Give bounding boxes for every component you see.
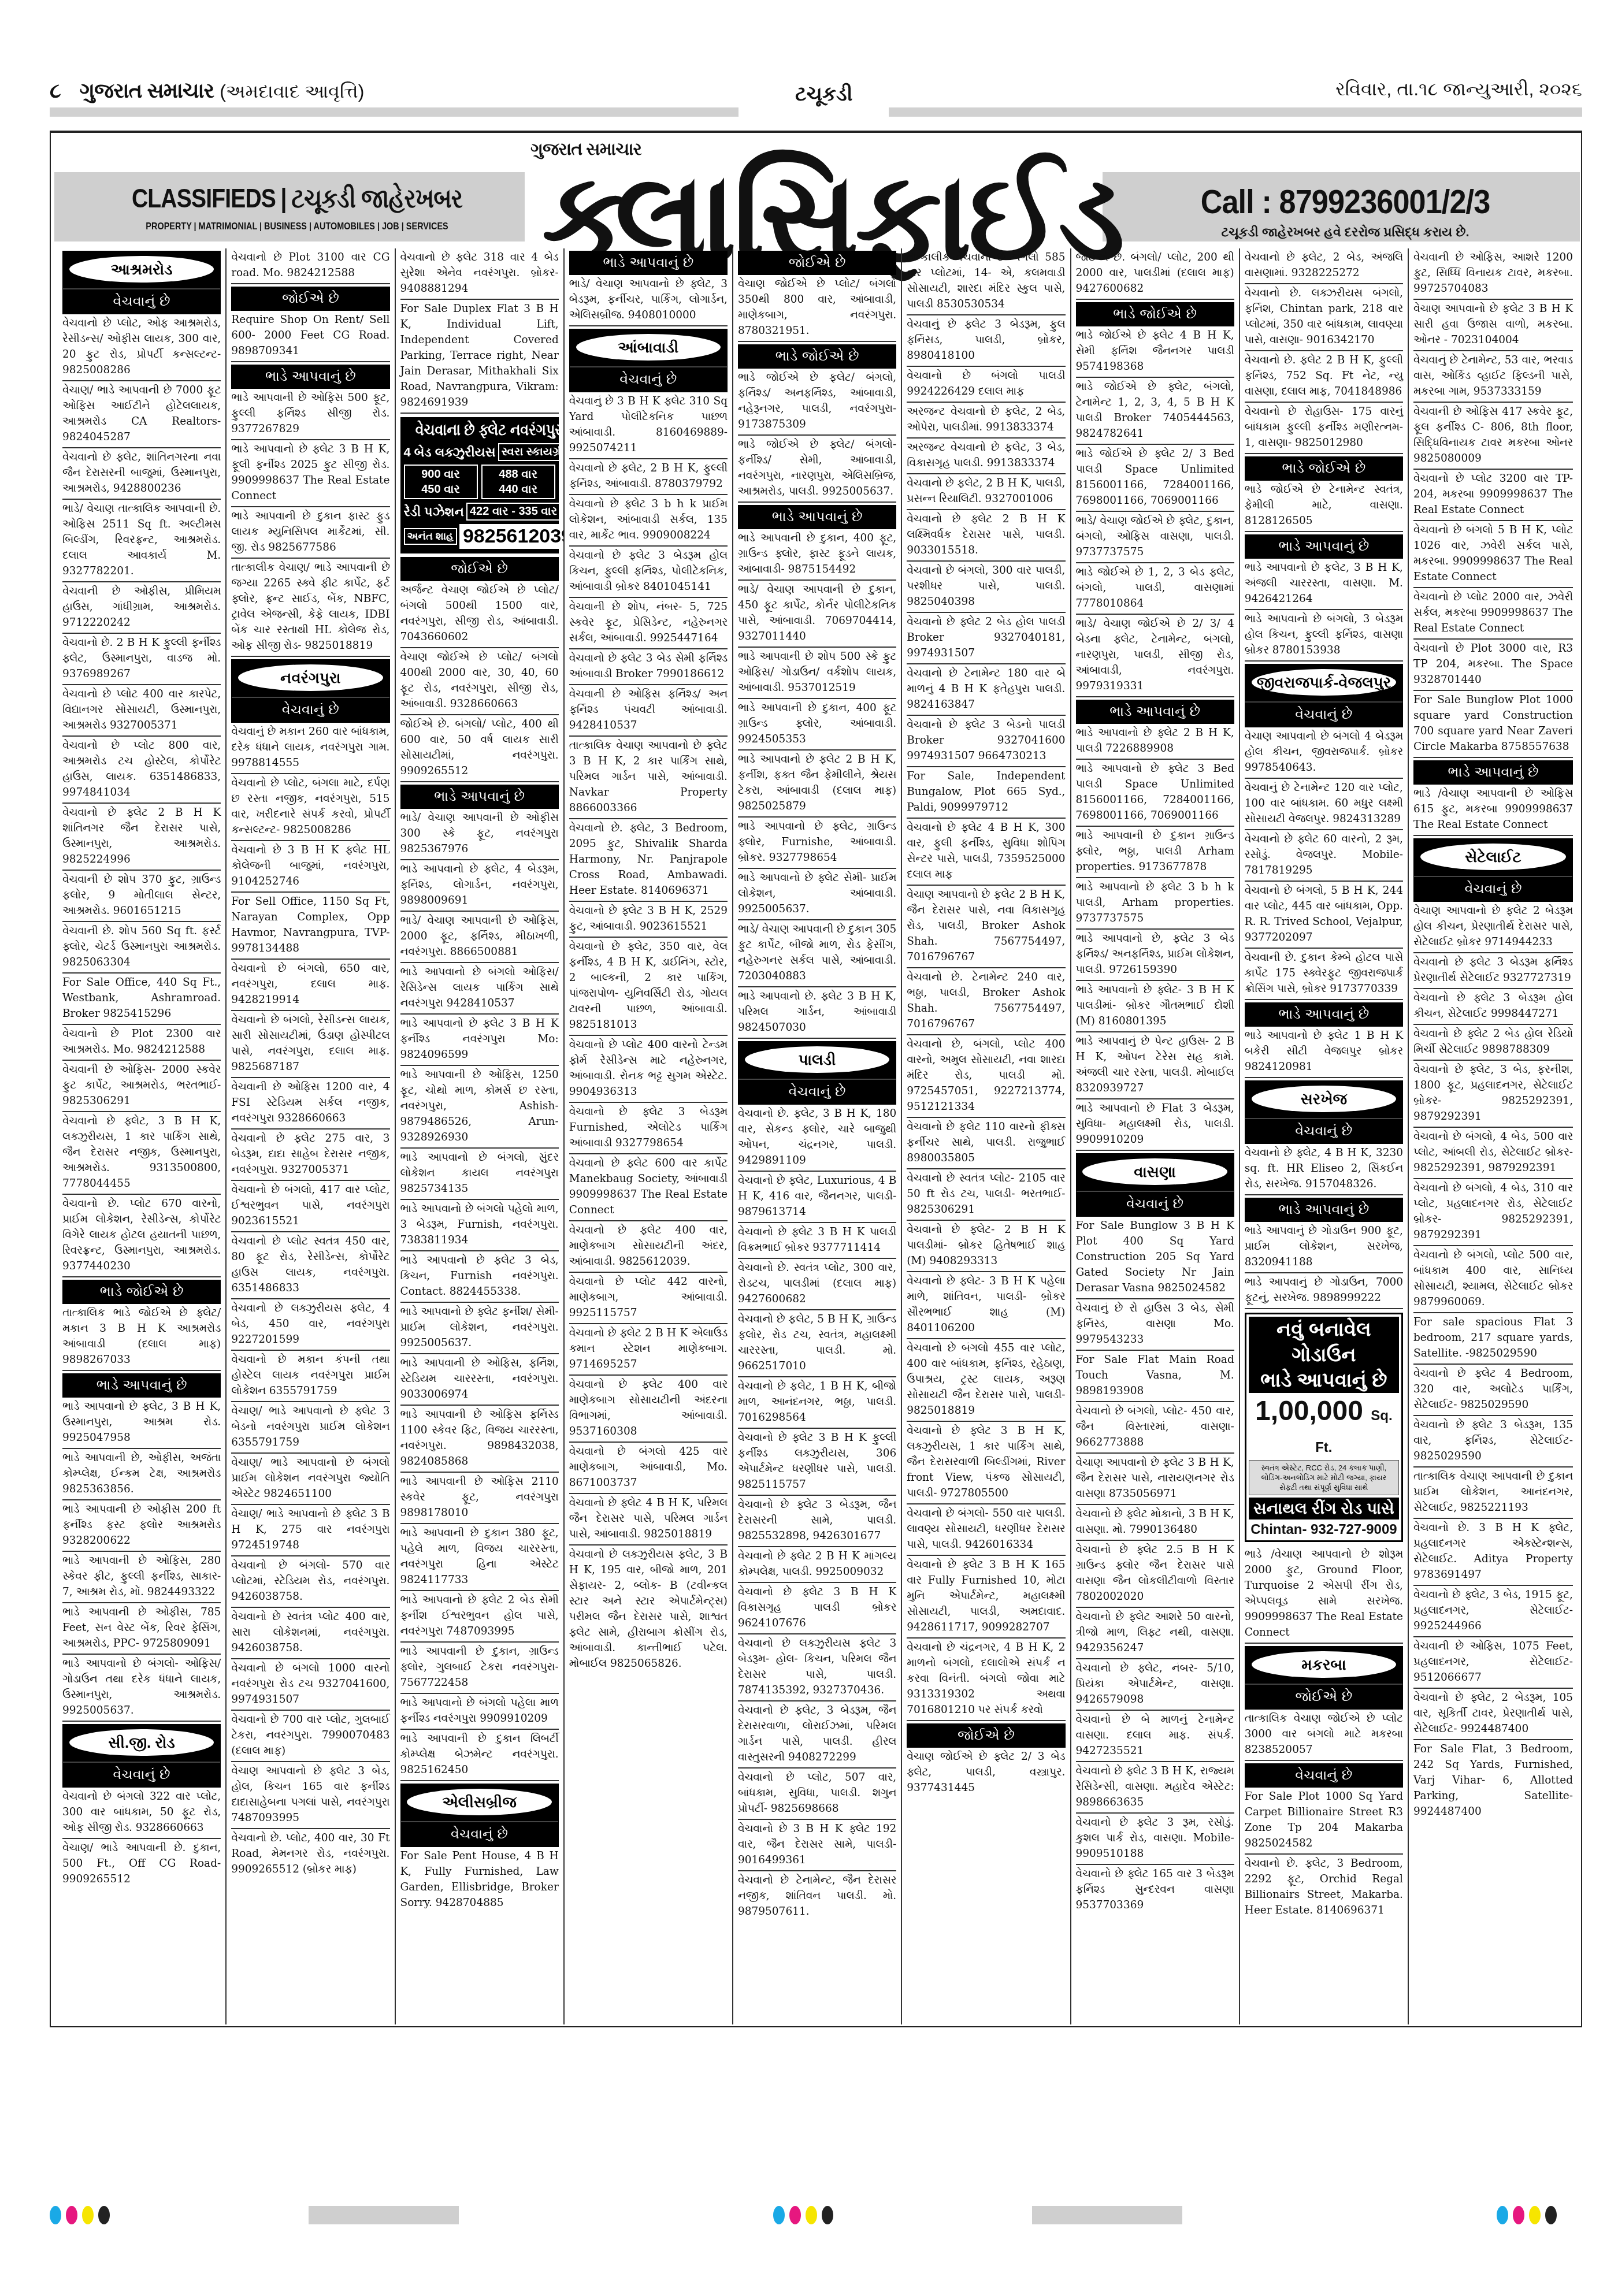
classified-ad: વેચવાનો છે ફ્લેટ 3 બેડરૂમ, 135 વાર, ફર્ન…	[1413, 1416, 1573, 1467]
classified-ad: વેચવાનો છે બંગલો 455 વાર પ્લોટ, 400 વાર …	[907, 1339, 1065, 1422]
section-heading: ભાડે આપવાનું છે	[569, 251, 728, 275]
classified-ad: વેચાણ/ ભાડે આપવાનો છે ફ્લેટ 3 બેડનો નવરં…	[231, 1402, 389, 1454]
display-ad-location: સનાથલ રીંગ રોડ પાસે	[1249, 1498, 1399, 1519]
classified-ad: વેચવાનો છે ટેનામેન્ટ 180 વાર બે માળનું 4…	[907, 664, 1065, 716]
classified-ad: વેચવાનો છે પ્લોટ 800 વાર, આશ્રમરોડ ટચ હો…	[62, 737, 221, 804]
classified-ad: ભાડે આપવાની છે દુકાન 380 ફૂટ, પહેલે માળ,…	[400, 1524, 559, 1591]
classified-ad: વેચાણ આપવાનો છે બંગલો 4 બેડરૂમ હોલ કીચન,…	[1245, 727, 1403, 779]
classified-ad: વેચવાનો છે પ્લોટ 2000 વાર, ઝવેરી સર્કલ, …	[1413, 588, 1573, 640]
classified-ad: વેચવાની છે. દુકાન કેમ્બે હોટલ પાસે કાર્પ…	[1245, 949, 1403, 1000]
classified-ad: વેચવાનો છે પ્લોટ 400 વાર કારપેટ, વિદ્યાન…	[62, 685, 221, 737]
ready-possession-label: રેડી પઝેશન	[404, 504, 464, 519]
classified-ad: ભાડે આપવાનો છે ફ્લેટ, 4 બેડરૂમ, ફર્નિશ્ડ…	[400, 860, 559, 912]
section-heading: જોઈએ છે	[738, 251, 896, 275]
classified-ad: વેચવાનો છે ફ્લેટ 2.5 B H K ગ્રાઉન્ડ ફ્લો…	[1076, 1541, 1234, 1608]
classified-ad: ભાડે આપવાનું છે ગોડાઉન, 7000 ફૂટનું, સરખ…	[1245, 1273, 1403, 1309]
classified-ad: ભાડે જોઈએ છે ફ્લેટ 4 B H K, સેમી ફર્નિશ …	[1076, 326, 1234, 378]
section-heading: ભાડે આપવાનું છે	[1413, 760, 1573, 785]
classified-ad: વેચવાનો છે 3 B H K ફ્લેટ 192 વાર, જૈન દે…	[738, 1820, 896, 1871]
classified-ad: વેચવાનો છે બે માળનું ટેનામેન્ટ વાસણા. દલ…	[1076, 1711, 1234, 1762]
classified-ad: વેચવાની છે ઓફિસ 417 સ્કવેર ફૂટ, ફૂલ ફર્ન…	[1413, 403, 1573, 470]
classified-ad: વેચવાનો છે ફ્લેટ 3 B H K પાલડી વિક્રમભાઈ…	[738, 1223, 896, 1259]
area-name: આંબાવાડી	[576, 334, 721, 361]
classified-ad: ભાડે આપવાનો છે ફ્લેટ 2 B H K, પાલડી 7226…	[1076, 724, 1234, 760]
classified-ad: ભાડે આપવાનો છે ફ્લેટ 3 Bed પાલડી Space U…	[1076, 760, 1234, 827]
classified-ad: વેચવાનો છે ફ્લેટ 3 બેડનો પાલડી Broker 93…	[907, 716, 1065, 767]
classified-ad: ભાડે/ વેચાણ જોઈએ છે ફ્લેટ, દુકાન, બંગલો,…	[1076, 512, 1234, 563]
classified-ad: ભાડે આપવાની છે દુકાન ગ્રાઉન્ડ ફ્લોર, ભઠ્…	[1076, 827, 1234, 878]
display-ad-title: ભાડે આપવાનું છે	[1249, 1368, 1399, 1393]
classified-ad: વેચવાનો છે ફ્લેટ 400 વાર માણેકબાગ સોસાયટ…	[569, 1376, 728, 1443]
classified-ad: ભાડે જોઈએ છે 1, 2, 3 બેડ ફ્લેટ, બંગલો, પ…	[1076, 563, 1234, 615]
classified-ad: વેચવાનો છે ફ્લેટ 2 B H K એલાઉડ કમાન સ્ટે…	[569, 1324, 728, 1376]
classified-ad: વેચવાનો છે ફ્લેટ આશરે 50 વારનો, ત્રીજો મ…	[1076, 1608, 1234, 1659]
classified-ad: વેચાણ આપવાનો છે ફલેટ 2 બેડરૂમ હોલ કીચન, …	[1413, 902, 1573, 953]
area-heading: મકરબાજોઈએ છે	[1245, 1646, 1403, 1710]
classified-ad: વેચવાનો છે ફ્લેટ 60 વારનો, 2 રૂમ, રસોડું…	[1245, 830, 1403, 882]
area-value: 1,00,000	[1255, 1396, 1363, 1426]
classified-ad: વેચવાનો છે. 3 B H K ફ્લેટ, પ્રહલાદનગર એક…	[1413, 1519, 1573, 1586]
area-heading: આંબાવાડીવેચવાનું છે	[569, 329, 728, 392]
classified-ad: For Sale Flat Main Road Touch Vasna, M. …	[1076, 1351, 1234, 1402]
section-heading: જોઈએ છે	[231, 287, 389, 311]
classified-ad: વેચવાનો છે, બંગલો, પ્લોટ 400 વારનો, અમુલ…	[907, 1035, 1065, 1118]
classified-ad: વેચવાનો છે બંગલો, રેસીડન્સ લાયક, સારી સો…	[231, 1011, 389, 1078]
section-heading: વેચવાનું છે	[1245, 703, 1402, 727]
category-list: PROPERTY | MATRIMONIAL | BUSINESS | AUTO…	[116, 221, 479, 232]
call-box: Call : 8799236001/2/3 ટચૂકડી જાહેરખબર હવ…	[1137, 183, 1553, 240]
classified-ad: વેચવાનો છે લક્ઝુરીયસ ફ્લેટ 3 બેડરૂમ- હોલ…	[738, 1634, 896, 1701]
classified-ad: વેચવાની છે ઓફિસ, 1075 Feet, પ્રહલાદનગર, …	[1413, 1637, 1573, 1689]
classified-ad: ભાડે જોઈએ છે ફ્લેટ/ બંગલો- ફર્નીશ્ડ/ સેમ…	[738, 436, 896, 503]
classified-ad: વેચવાનો છે લક્ઝુરીયસ ફ્લેટ, 4 બેડ, 450 વ…	[231, 1299, 389, 1351]
classified-ad: વેચવાનો છે ફ્લેટ 2 B H K માંગલ્ય કોમ્પલે…	[738, 1547, 896, 1583]
classified-ad: વેચવાની છે. શોપ 560 Sq ft. ફર્સ્ટ ફ્લોર,…	[62, 922, 221, 974]
classified-ad: વેચવાનો છે ફ્લેટ 3 B H K, રાજ્યમ રેસિડેન…	[1076, 1762, 1234, 1814]
ad-column: વેચવાની છે ઓફિસ, આશરે 1200 ફુટ, સિધ્ધિ વ…	[1409, 248, 1578, 2024]
classified-ad: વેચવાની છે શોપ 370 ફુટ, ગ્રાઉન્ડ ફલોર, 9…	[62, 871, 221, 922]
classified-ad: વેચવાનો છે ફ્લેટ 2 બેડ હોલ પાલડી Broker …	[907, 613, 1065, 664]
classified-ad: વેચવાનું છે રો હાઉસ 3 બેડ, સેમી ફર્નિસ્ડ…	[1076, 1299, 1234, 1351]
display-ad-area: 1,00,000 Sq. Ft.	[1249, 1395, 1399, 1459]
classified-ad: વેચવાનો છે ફ્લેટ 318 વાર 4 બેડ સુરેશા એન…	[400, 248, 559, 300]
classifieds-title: CLASSIFIEDS	[132, 183, 276, 213]
classified-ad: જોઈએ છે. બંગલો/ પ્લોટ, 400 થી 600 વાર, 5…	[400, 715, 559, 782]
classified-ad: વેચાણ/ ભાડે આપવાની છે. દુકાન, 500 Ft., O…	[62, 1839, 221, 1889]
contact-name: અનંત શાહ	[404, 528, 457, 545]
classified-ad: વેચવાનો છે સ્વતંત્ર પ્લોટ- 2105 વાર 50 f…	[907, 1169, 1065, 1221]
classified-ad: વેચવાનો છે બંગલો, પ્લોટ- 450 વાર, જૈન વિ…	[1076, 1402, 1234, 1454]
classified-ad: ભાડે આપવાનો છે. ફ્લેટ 3 B H K, પરિમલ ગાર…	[738, 987, 896, 1039]
area-name: વાસણા	[1082, 1158, 1227, 1185]
classified-ad: ભાડે આપવાની છે ઓફિસ, ફર્નિશ, સ્ટેડિયમ ચા…	[400, 1354, 559, 1406]
section-heading: વેચવાનું છે	[401, 1822, 558, 1847]
classified-ad: વેચવાનું છે મકાન 260 વાર બાંધકામ, દરેક ધ…	[231, 723, 389, 774]
grey-registration-bar	[1032, 2206, 1182, 2224]
classified-ad: વેચવાનો છે ફ્લેટ 3 બેડરૂમ હોલ કિચન, ફુલ્…	[569, 547, 728, 598]
area-heading: વાસણાવેચવાનું છે	[1076, 1153, 1234, 1217]
classified-ad: વેચાણ આપવાનો છે ફલેટ 3 B H K સારી હવા ઉજ…	[1413, 300, 1573, 351]
color-dot	[1513, 2206, 1524, 2224]
page-number: ૮	[50, 79, 61, 102]
classified-ad: વેચવાનો છે બંગલો, 5 B H K, 244 વાર પ્લોટ…	[1245, 882, 1403, 949]
classified-ad: વેચવાનો છે ફ્લેટ 3 બેડરૂમ, જૈન દેરાસરની …	[738, 1496, 896, 1547]
classified-ad: વેચવાનો છે ફ્લેટ 3 b h k પ્રાઈમ લોકેશન, …	[569, 495, 728, 547]
size-value: 440 વાર	[484, 482, 553, 497]
classifieds-title-gu: ટચૂકડી જાહેરખબર	[291, 183, 462, 213]
ad-column: જોઈએ છેવેચાણ જોઈએ છે પ્લોટ/ બંગલો 350થી …	[733, 248, 902, 2024]
classified-ad: વેચવાનો છે ફ્લેટ 165 વાર 3 બેડરૂમ ફર્નિશ…	[1076, 1865, 1234, 1915]
size-box: 900 વાર450 વાર	[404, 465, 478, 499]
classified-ad: ભાડે આપવાનો છે ફ્લેટ 2 બેડ સેમી ફર્નીશ ઈ…	[400, 1591, 559, 1643]
classified-ad: વેચવાનો છે. સ્વતંત્ર પ્લોટ, 300 વાર, રોડ…	[738, 1259, 896, 1310]
color-dot	[66, 2206, 77, 2224]
display-ad-contact: Chintan- 932-727-9009	[1249, 1522, 1399, 1538]
classified-ad: વેચવાનો છે પ્લોટ 400 વારનો ટેન્ડમ ફોર્મ …	[569, 1036, 728, 1103]
classified-ad: ભાડે/ વેચાણ આપવાની છે ઓફીસ 300 સ્કે ફૂટ,…	[400, 809, 559, 860]
classified-ad: વેચવાનો છે બંગલો 425 વાર માણેકબાગ, આંબાવ…	[569, 1443, 728, 1494]
classified-ad: ભાડે/ વેચાણ આપવાની છે ઓફિસ, 2000 ફૂટ, ફર…	[400, 912, 559, 963]
classified-ad: ભાડે આપવાનો છે ફ્લેટ 3 બેડ, કિચન, Furnis…	[400, 1251, 559, 1303]
classified-ad: વેચવાનો છે ફ્લેટ- 2 B H K પાલડીમાં- બ્રો…	[907, 1221, 1065, 1272]
classified-ad: વેચવાનું છે 3 B H K ફ્લેટ 310 Sq Yard પો…	[569, 392, 728, 459]
section-label: ટચૂકડી	[795, 83, 852, 106]
classified-ad: તાત્કાલિક ભાડે જોઈએ છે ફ્લેટ/ મકાન 3 B H…	[62, 1304, 221, 1371]
classified-ad: વેચવાનો છે Plot 3100 વાર CG road. Mo. 98…	[231, 248, 389, 284]
classified-ad: વેચવાનો છે ફ્લેટ 2 બેડ હોલ રેડિયો મિર્ચી…	[1413, 1025, 1573, 1061]
classified-ad: તાત્કાલીક વેચવાનો છે બંગલો 585 વાર પ્લોટ…	[907, 248, 1065, 315]
section-heading: ભાડે જોઈએ છે	[1076, 302, 1234, 326]
classified-ad: વેચાણ જોઈએ છે ફ્લેટ 2/ 3 બેડ ફ્લેટ, પાલડ…	[907, 1748, 1065, 1798]
area-heading: પાલડીવેચવાનું છે	[738, 1041, 896, 1105]
call-note: ટચૂકડી જાહેરખબર હવે દરરોજ પ્રસિદ્ધ કરાય …	[1137, 225, 1553, 240]
display-ad-row: 4 બેડ લક્ઝુરીયસસ્વરા સ્કાયગ્રીન	[404, 443, 555, 461]
section-heading: ભાડે જોઈએ છે	[1245, 456, 1403, 481]
classified-ad: વેચવાનો છે ફ્લેટ 3 બેડરૂમ Furnished, એલો…	[569, 1103, 728, 1154]
classified-ad: ભાડે આપવાનો છે ફલેટ, 3 B H K, અંજલી ચારર…	[1245, 559, 1403, 610]
classified-ad: વેચવાનો છે ફ્લેટ, 2 B H K, ફુલ્લી ફર્નિશ…	[569, 459, 728, 495]
classified-ad: ભાડે જોઈએ છે ફ્લેટ 2/ 3 Bed પાલડી Space …	[1076, 445, 1234, 512]
color-dot	[50, 2206, 61, 2224]
color-dot	[806, 2206, 817, 2224]
classified-ad: વેચવાનો છે ટેનામેન્ટ, જૈન દેરાસર નજીક, શ…	[738, 1871, 896, 1922]
header-rule-left	[50, 107, 739, 117]
classified-ad: ભાડે આપવાનો છે ફ્લેટ ફર્નીશ/ સેમી- પ્રાઈ…	[400, 1303, 559, 1354]
classified-ad: વેચવાનો છે. 2 B H K ફુલ્લી ફર્નીશ્ડ ફ્લે…	[62, 634, 221, 685]
classified-ad: વેચવાનો છે બંગલો, 300 વાર પાલડી, પરશીધર …	[907, 562, 1065, 613]
running-header: ૮ ગુજરાત સમાચાર (અમદાવાદ આવૃત્તિ) ટચૂકડી…	[50, 74, 1582, 116]
size-value: 900 વાર	[406, 467, 476, 482]
section-heading: વેચવાનું છે	[1245, 1763, 1403, 1788]
classified-ad: વેચવાનો છે. ફ્લેટ, 3 Bedroom, 2095 ફુટ, …	[569, 819, 728, 902]
classified-ad: વેચવાનો છે 700 વાર પ્લોટ, ગુલબાઈ ટેકરા, …	[231, 1711, 389, 1762]
classified-ad: વેચવાનો છે ફ્લેટ 4 B H K, પરિમલ જૈન દેરા…	[569, 1494, 728, 1545]
area-name: સરખેજ	[1252, 1086, 1396, 1112]
display-ad-features: સ્વતંત્ર એસ્ટેટ, RCC રોડ, 24 કલાક પાણી, …	[1249, 1460, 1399, 1495]
size-box: 488 વાર440 વાર	[481, 465, 555, 499]
classified-ad: વેચાણ જોઈએ છે પ્લોટ/ બંગલો 400થી 2000 વા…	[400, 648, 559, 715]
display-ad-row: રેડી પઝેશન422 વાર - 335 વાર	[404, 503, 555, 521]
issue-date: રવિવાર, તા.૧૮ જાન્યુઆરી, ૨૦૨૬	[1335, 79, 1582, 101]
section-heading: ભાડે આપવાનું છે	[1245, 1002, 1403, 1027]
classified-ad: વેચવાનો છે ફ્લેટ 3 B H K ફુલ્લી ફર્નીશ્ડ…	[738, 1429, 896, 1496]
grey-registration-bar	[309, 2206, 459, 2224]
section-heading: જોઈએ છે	[1245, 1685, 1402, 1709]
classified-ad: વેચવાનો છે મકાન કંપની તથા હોસ્ટેલ લાયક ન…	[231, 1351, 389, 1402]
classified-ad: ભાડે આપવાનો છે ફ્લેટ 1 B H K બકેરી સીટી …	[1245, 1027, 1403, 1078]
classified-ad: ભાડે આપવાનો છે Flat 3 બેડરૂમ, સુવિધા- મહ…	[1076, 1099, 1234, 1151]
color-dot	[1497, 2206, 1508, 2224]
area-name: આશ્રમરોડ	[69, 256, 214, 283]
classified-ad: તાત્કાલીક વેચાણ/ ભાડે આપવાની છે જગ્યા 22…	[231, 559, 389, 657]
classified-ad: વેચવાનો છે ફ્લેટ- 3 B H K પહેલા માળે, શા…	[907, 1272, 1065, 1339]
classified-ad: વેચવાનો છે સ્વતંત્ર પ્લોટ 400 વાર, સારા …	[231, 1608, 389, 1659]
section-heading: જોઈએ છે	[907, 1723, 1065, 1748]
classified-ad: વેચવાનો છે બંગલો, પ્લોટ 500 વાર, બાંધકામ…	[1413, 1246, 1573, 1313]
classified-ad: વેચવાનો છે ફ્લેટ, 2 બેડ, અંજલિ વાસણામાં.…	[1245, 248, 1403, 284]
classified-ad: વેચવાનો છે ફ્લેટ, 3 બેડ, 1915 ફૂટ, પ્રહલ…	[1413, 1586, 1573, 1637]
classified-ad: વેચવાનો છે બંગલો- 550 વાર પાલડી. લાવણ્ય …	[907, 1504, 1065, 1556]
classified-ad: ભાડે આપવાનો છે બંગલો- ઓફિસ/ ગોડાઉન તથા દ…	[62, 1655, 221, 1722]
area-name: એલીસબ્રીજ	[407, 1789, 551, 1815]
ready-sizes: 422 વાર - 335 વાર	[466, 503, 561, 521]
classified-ad: વેચવાનો છે ફ્લેટ 3 બેડરૂમ ફર્નિશ્ડ પ્રેર…	[1413, 953, 1573, 989]
masthead: CLASSIFIEDS|ટચૂકડી જાહેરખબર PROPERTY | M…	[51, 133, 1581, 246]
classified-ad: વેચવાનો છે. ફ્લેટ, 3 Bedroom, 2292 ફૂટ, …	[1245, 1855, 1403, 1920]
classified-ad: વેચવાનો છે બંગલો 1000 વારનો નવરંગપુરા રો…	[231, 1659, 389, 1711]
classified-ad: વેચવાનો છે પ્લોટ, બંગલા માટે, દર્પણ છ રસ…	[231, 774, 389, 841]
classified-ad: વેચવાનો છે ફલેટ, 2 B H K, પાલડી, પ્રસન્ન…	[907, 474, 1065, 510]
classified-ad: ભાડે આપવાનો છે ફ્લેટ, ગ્રાઉન્ડ ફ્લોર, Fu…	[738, 818, 896, 869]
classified-ad: વેચવાનો છે ફલેટ, 5 B H K, ગ્રાઉન્ડ ફલોર,…	[738, 1310, 896, 1377]
classified-ad: વેચવાનો છે ફ્લેટ 400 વાર, માણેકબાગ સોસાય…	[569, 1221, 728, 1273]
color-dot	[98, 2206, 110, 2224]
classified-ad: ભાડે આપવાની છે ઓફિસ 500 ફૂટ, ફુલ્લી ફર્ન…	[231, 389, 389, 440]
section-heading: ભાડે જોઈએ છે	[738, 344, 896, 369]
display-ad-row: અનંત શાહ9825612039	[404, 524, 555, 549]
classified-ad: વેચવાનો છે બંગલો, 4 બેડ, 310 વાર પ્લોટ, …	[1413, 1179, 1573, 1246]
classified-ad: વેચવાનો છે પ્લોટ 442 વારનો, માણેકબાગ, આં…	[569, 1273, 728, 1324]
classified-ad: For Sale Plot 1000 Sq Yard Carpet Billio…	[1245, 1788, 1403, 1855]
classified-ad: ભાડે આપવાની છે દુકાન, 400 ફૂટ ગ્રાઉન્ડ ફ…	[738, 699, 896, 751]
classified-ad: ભાડે આપવાનો છે ફ્લેટ 3 B H K ફર્નીશ્ડ નવ…	[400, 1015, 559, 1066]
classified-ad: વેચવાનો છે ફ્લેટ, 3 બેડ, ફરનીશ, 1800 ફૂટ…	[1413, 1061, 1573, 1128]
classified-ad: તાત્કાલિક વેચાણ આપવાનો છે ફ્લેટ 3 B H K,…	[569, 737, 728, 819]
classified-ad: વેચવાનું છે ટેનામેન્ટ 120 વાર પ્લોટ, 100…	[1245, 779, 1403, 830]
classified-ad: વેચવાનો છે પ્લોટ, ઓફ આશ્રમરોડ, રેસીડન્સ/…	[62, 314, 221, 381]
area-heading: આશ્રમરોડવેચવાનું છે	[62, 251, 221, 314]
classified-ad: ભાડે આપવાની છે શોપ 500 સ્કે ફુટ ઓફિસ/ ગો…	[738, 648, 896, 699]
classified-ad: ભાડે આપવાનો છે બંગલો પહેલો માળ, 3 બેડરૂમ…	[400, 1200, 559, 1251]
classified-ad: ભાડે/ વેચાણ જોઈએ છે 2/ 3/ 4 બેડના ફ્લેટ,…	[1076, 615, 1234, 697]
classified-ad: ભાડે આપવાનો છે બંગલો, સુંદર લોકેશન કાયલ …	[400, 1149, 559, 1200]
classified-ad: ભાડે આપવાની છે દુકાન, 400 ફૂટ, ગ્રાઉન્ડ …	[738, 529, 896, 581]
color-dot	[1529, 2206, 1541, 2224]
classified-ad: ભાડે આપવાની છે દુકાન લિબર્ટી કોમ્પ્લેક્ષ…	[400, 1730, 559, 1781]
classified-ad: વેચવાનો છે ફ્લેટ 600 વાર કાર્પેટ Manekba…	[569, 1154, 728, 1221]
section-heading: ભાડે આપવાનું છે	[738, 505, 896, 529]
header-rule-right	[889, 107, 1582, 117]
ad-column: ભાડે આપવાનું છેભાડે/ વેચાણ આપવાનો છે ફ્લ…	[565, 248, 733, 2024]
classified-ad: વેચવાનો છે ફ્લેટ, શાંતિનગરના નવા જૈન દેર…	[62, 448, 221, 500]
display-ad-sizes: 900 વાર450 વાર488 વાર440 વાર	[404, 465, 555, 499]
area-name: પાલડી	[745, 1046, 889, 1073]
color-dot	[82, 2206, 94, 2224]
classified-ad: વેચવાનો છે ફ્લેટ 3 બેડરૂમ હોલ કીચન, સેટે…	[1413, 989, 1573, 1025]
classified-ad: વેચવાનો છે ફ્લેટ 3 બેડ સેમી ફર્નિશ્ડ આંબ…	[569, 649, 728, 685]
classified-ad: વેચવાનો છે Plot 2300 વાર આશ્રમરોડ. Mo. 9…	[62, 1025, 221, 1061]
area-heading: સરખેજવેચવાનું છે	[1245, 1080, 1403, 1144]
classified-ad: વેચવાની છે ઓફિસ, આશરે 1200 ફુટ, સિધ્ધિ વ…	[1413, 248, 1573, 300]
classified-ad: વેચવાનો છે ફ્લેટ 3 B H K, લક્ઝુરીયસ, 1 ક…	[907, 1422, 1065, 1504]
size-value: 450 વાર	[406, 482, 476, 497]
classified-ad: For sale spacious Flat 3 bedroom, 217 sq…	[1413, 1313, 1573, 1365]
classified-ad: ભાડે આપવાનો છે ફ્લેટ સેમી- પ્રાઈમ લોકેશન…	[738, 869, 896, 920]
classified-ad: ભાડે આપવાનો છે ફ્લેટ, 3 B H K, ઉસ્માનપુર…	[62, 1398, 221, 1449]
classified-ad: ભાડે/ વેચાણ આપવાની છે દુકાન 305 ફુટ કાર્…	[738, 920, 896, 987]
paper-name: ગુજરાત સમાચાર	[80, 79, 214, 102]
classified-ad: વેચવાનું છે ટેનામેન્ટ, 53 વાર, ભરવાડ વાસ…	[1413, 351, 1573, 403]
classified-ad: ભાડે આપવાની છે, ઓફીસ, અજંતા કોમ્પ્લેક્ષ,…	[62, 1449, 221, 1500]
classified-ad: વેચવાનો છે બંગલો- 570 વાર પ્લોટમાં, સ્ટે…	[231, 1556, 389, 1608]
display-ad-title: નવું બનાવેલ ગોડાઉન	[1249, 1317, 1399, 1368]
classified-ad: ભાડે આપવાનો છે બંગલો પહેલા માળ ફર્નીશ્ડ …	[400, 1694, 559, 1730]
classified-ad: ભાડે આપવાનું છે ગોડાઉન 900 ફૂટ, પ્રાઈમ લ…	[1245, 1222, 1403, 1273]
area-heading: નવરંગપુરાવેચવાનું છે	[231, 659, 389, 723]
classified-ad: વેચવાનો છે ફ્લેટ 3 B H K, 2529 ફુટ, આંબા…	[569, 902, 728, 938]
classified-ad: For Sale Duplex Flat 3 B H K, Individual…	[400, 300, 559, 414]
cmyk-dots	[773, 2206, 833, 2224]
classified-ad: For Sale Pent House, 4 B H K, Fully Furn…	[400, 1847, 559, 1913]
display-ad-godown: નવું બનાવેલ ગોડાઉનભાડે આપવાનું છે1,00,00…	[1245, 1313, 1403, 1542]
classified-ad: ભાડે આપવાની છે ઓફિસ, 280 સ્કેવર ફીટ, ફુલ…	[62, 1552, 221, 1603]
masthead-left: CLASSIFIEDS|ટચૂકડી જાહેરખબર PROPERTY | M…	[83, 183, 511, 232]
classified-ad: ભાડે આપવાની છે ઓફિસ, 1250 ફૂટ, ચોથો માળ,…	[400, 1066, 559, 1149]
classified-ad: વેચાણ આપવાનો છે ફલેટ 2 B H K, જૈન દેરાસર…	[907, 886, 1065, 968]
classified-ad: વેચવાનો છે ફ્લેટ 3 B H K 165 વાર Fully F…	[907, 1556, 1065, 1639]
classified-ad: વેચાણ આપવાનો છે ફ્લેટ 3 બેડ, હોલ, કિચન 1…	[231, 1762, 389, 1829]
classified-ad: અરજન્ટ વેચવાનો છે ફલેટ, 2 બેડ, ઓપેરા, પા…	[907, 403, 1065, 439]
classified-ad: વેચવાનો છે ફ્લેટ, 3 બેડરૂમ, જૈન દેરાસરવા…	[738, 1701, 896, 1769]
classified-ad: વેચવાનો છે રોહાઉસ- 175 વારનું બાંધકામ ફુ…	[1245, 403, 1403, 454]
section-heading: ભાડે આપવાનું છે	[62, 1373, 221, 1398]
classified-ad: ભાડે/ વેચાણ આપવાનો છે ફ્લેટ, 3 બેડરૂમ, ફ…	[569, 275, 728, 326]
area-heading: સેટેલાઈટવેચવાનું છે	[1413, 838, 1573, 902]
section-heading: વેચવાનું છે	[570, 367, 727, 392]
classified-ad: વેચવાનો છે પ્લોટ 3200 વાર TP- 204, મકરબા…	[1413, 470, 1573, 521]
area-heading: જીવરાજપાર્ક-વેજલપુરવેચવાનું છે	[1245, 664, 1403, 727]
classified-ad: વેચવાનો છે ચંદ્રનગર, 4 B H K, 2 માળનો બં…	[907, 1639, 1065, 1721]
classified-ad: વેચવાનો છે પ્લોટ સ્વતંત્ર 450 વાર, 80 ફૂ…	[231, 1232, 389, 1299]
classified-ad: વેચાણ/ ભાડે આપવાની છે 7000 ફૂટ ઓફિસ આઈટી…	[62, 381, 221, 448]
classified-ad: વેચવાનો છે ફલેટ 110 વારનો ફીક્સ ફર્નીચર …	[907, 1118, 1065, 1169]
classified-ad: ભાડે જોઈએ છે ટેનામેન્ટ સ્વતંત્ર, ફેમીલી …	[1245, 481, 1403, 532]
classified-ad: ભાડે આપવાનો છે, ફ્લેટ 3 બેડ ફર્નિશ્ડ/ અન…	[1076, 930, 1234, 981]
area-name: નવરંગપુરા	[238, 664, 383, 691]
classifieds-page: CLASSIFIEDS|ટચૂકડી જાહેરખબર PROPERTY | M…	[50, 131, 1582, 2027]
area-name: સી.જી. રોડ	[69, 1729, 214, 1756]
classified-ad: વેચવાની છે શોપ, નંબર- 5, 725 સ્કવેર ફૂટ,…	[569, 598, 728, 649]
classified-ad: For Sale Bunglow Plot 1000 square yard C…	[1413, 691, 1573, 758]
color-dot	[1545, 2206, 1557, 2224]
classified-ad: તાત્કાલિક વેચાણ આપવાની છે દુકાન પ્રાઈમ લ…	[1413, 1467, 1573, 1519]
classified-ad: ભાડે /વેચાણ આપવાનો છે શોરૂમ 2000 ફુટ, Gr…	[1245, 1545, 1403, 1644]
classified-ad: ભાડે આપવાનું છે પેન્ટ હાઉસ- 2 B H K, ઓપન…	[1076, 1032, 1234, 1099]
display-ad-headline: વેચવાના છે ફ્લેટ નવરંગપુરા	[415, 421, 544, 440]
classified-ad: વેચવાનો છે ફ્લેટ, Luxurious, 4 B H K, 41…	[738, 1172, 896, 1223]
call-number: Call : 8799236001/2/3	[1158, 183, 1532, 221]
color-dot	[822, 2206, 833, 2224]
classified-ad: વેચવાનો છે. પ્લોટ, 400 વાર, 30 Ft Road, …	[231, 1829, 389, 1879]
classified-ad: ભાડે જોઈએ છે ફ્લેટ, બંગલો, ટેનામેન્ટ 1, …	[1076, 378, 1234, 445]
classified-ad: વેચવાનો છે. પ્લોટ 670 વારનો, પ્રાઈમ લોકે…	[62, 1195, 221, 1277]
classified-ad: For Sale Flat, 3 Bedroom, 242 Sq Yards, …	[1413, 1740, 1573, 1822]
section-heading: ભાડે આપવાનું છે	[400, 785, 559, 809]
display-ad-navrangpura-flats: વેચવાના છે ફ્લેટ નવરંગપુરા4 બેડ લક્ઝુરીય…	[400, 417, 559, 553]
classified-ad: ભાડે/ વેચાણ આપવાની છે દુકાન, 450 ફૂટ કાર…	[738, 581, 896, 648]
classified-ad: વેચાણ જોઈએ છે પ્લોટ/ બંગલો 350થી 800 વાર…	[738, 275, 896, 342]
classified-ad: For Sell Office, 1150 Sq Ft, Narayan Com…	[231, 893, 389, 960]
classified-ad: વેચવાનો છે ફ્લેટ, નંબર- 5/10, પ્રિયંકા એ…	[1076, 1659, 1234, 1711]
classified-ad: વેચવાનો છે 3 B H K ફ્લેટ HL કોલેજની બાજુ…	[231, 841, 389, 893]
section-heading: ભાડે આપવાનું છે	[1245, 534, 1403, 559]
color-dot	[789, 2206, 801, 2224]
ad-columns: આશ્રમરોડવેચવાનું છેવેચવાનો છે પ્લોટ, ઓફ …	[58, 248, 1578, 2024]
section-heading: ભાડે આપવાનું છે	[1245, 1198, 1403, 1222]
size-value: 488 વાર	[484, 467, 553, 482]
classified-ad: વેચવાનો છે ફ્લેટ 275 વાર, 3 બેડરૂમ, દાદા…	[231, 1130, 389, 1181]
classified-ad: વેચવાનો છે પ્લોટ, 507 વાર, બાંધકામ, સુવિ…	[738, 1769, 896, 1820]
classified-ad: For Sale Office, 440 Sq Ft., Westbank, A…	[62, 974, 221, 1025]
classified-ad: વેચવાનો છે ફ્લેટ 2 B H K શાંતિનગર જૈન દે…	[62, 804, 221, 871]
ad-column: વેચવાનો છે ફ્લેટ, 2 બેડ, અંજલિ વાસણામાં.…	[1240, 248, 1409, 2024]
classified-ad: વેચવાનું છે ફ્લેટ 3 બેડરૂમ, ફુલ ફર્નિસડ,…	[907, 315, 1065, 367]
print-registration-marks	[50, 2206, 1582, 2226]
contact-phone: 9825612039	[459, 524, 565, 549]
section-heading: વેચવાનું છે	[739, 1080, 896, 1104]
classified-ad: વેચવાનો છે. લક્ઝરીયસ બંગલો, ફર્નિશ, Chin…	[1245, 284, 1403, 351]
classified-ad: વેચવાનો છે બંગલો પાલડી 9924226429 દલાલ મ…	[907, 367, 1065, 403]
ad-column: તાત્કાલીક વેચવાનો છે બંગલો 585 વાર પ્લોટ…	[902, 248, 1071, 2024]
classified-ad: વેચવાનો છે બંગલો 5 B H K, પ્લોટ 1026 વાર…	[1413, 521, 1573, 588]
classified-ad: વેચવાની છે ઓફિસ- 2000 સ્કવેર ફુટ કાર્પેટ…	[62, 1061, 221, 1112]
classified-ad: વેચાણ/ ભાડે આપવાનો છે બંગલો પ્રાઈમ લોકેશ…	[231, 1454, 389, 1505]
classified-ad: વેચવાનો છે. ફ્લેટ, 3 B H K, 180 વાર, સેક…	[738, 1105, 896, 1172]
classified-ad: વેચવાનો છે ફ્લેટ 3 રૂમ, રસોડું. કુશલ પાર…	[1076, 1814, 1234, 1865]
classified-ad: વેચવાનો છે ફ્લેટ 3 B H K વિકાસગૃહ પાલડી …	[738, 1583, 896, 1634]
classified-ad: Require Shop On Rent/ Sell 600- 2000 Fee…	[231, 311, 389, 362]
classified-ad: અર્જન્ટ વેચાણ જોઈએ છે પ્લોટ/ બંગલો 500થી…	[400, 581, 559, 648]
classified-ad: વેચવાની છે ઓફીસ, પ્રીમિયમ હાઉસ, ગાંધીગ્ર…	[62, 582, 221, 634]
classified-ad: તાત્કાલિક વેચાણ જોઈએ છે પ્લોટ 3000 વાર બ…	[1245, 1710, 1403, 1761]
classified-ad: વેચવાનો છે ફ્લેટ 4 B H K, 300 વાર, ફુલી …	[907, 819, 1065, 886]
classified-ad: For Sale Bunglow 3 B H K Plot 400 Sq Yar…	[1076, 1217, 1234, 1299]
classified-ad: ભાડે આપવાની છે દુકાન ફાસ્ટ ફુડ લાયક મ્યુ…	[231, 507, 389, 559]
classified-ad: ભાડે આપવાનો છે બંગલો ઓફિસ/ રેસિડેન્સ લાય…	[400, 963, 559, 1015]
cmyk-dots	[50, 2206, 110, 2224]
classified-ad: ભાડે આપવાનો છે ફ્લેટ- 3 B H K પાલડીમાં- …	[1076, 981, 1234, 1032]
classified-ad: વેચવાનો છે ફ્લેટ, 350 વાર, વેલ ફર્નીશ્ડ,…	[569, 938, 728, 1036]
area-name: મકરબા	[1252, 1651, 1396, 1678]
display-ad-project: સ્વરા સ્કાયગ્રીન	[498, 443, 565, 461]
classified-ad: For Sale, Independent Bungalow, Plot 665…	[907, 767, 1065, 819]
classified-ad: વેચવાનો છે ફ્લેટ, 3 B H K, લક્ઝુરીયસ, 1 …	[62, 1112, 221, 1195]
display-ad-feature: 4 બેડ લક્ઝુરીયસ	[404, 445, 496, 460]
classified-ad: ભાડે આપવાની છે ઓફિસ 2110 સ્કવેર ફૂટ, નવર…	[400, 1473, 559, 1524]
classified-ad: ભાડે આપવાનો છે ફ્લેટ 3 b h k પાલડી, Arha…	[1076, 878, 1234, 930]
classified-ad: વેચાણ/ ભાડે આપવાનો છે ફ્લેટ 3 B H K, 275…	[231, 1505, 389, 1556]
area-name: જીવરાજપાર્ક-વેજલપુર	[1252, 669, 1396, 696]
